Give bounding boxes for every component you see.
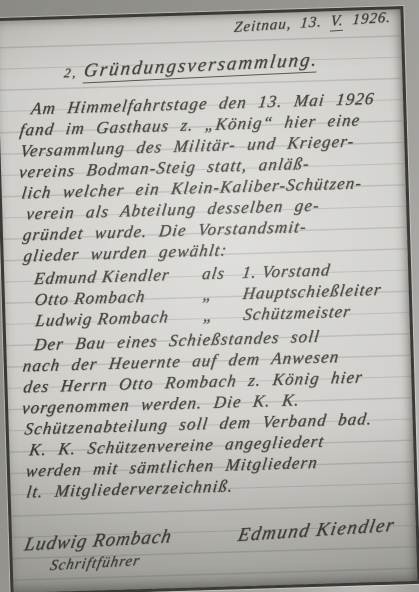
photo-frame: Zeitnau, 13. V. 1926. 2,Gründungsversamm… xyxy=(0,6,419,592)
officer-role: Schützmeister xyxy=(242,302,352,324)
officer-als: als xyxy=(201,262,244,284)
date-month: V. xyxy=(329,13,344,32)
photographed-manuscript-page: Zeitnau, 13. V. 1926. 2,Gründungsversamm… xyxy=(0,0,419,592)
paragraph-shooting-range: Der Bau eines Schießstandes soll nach de… xyxy=(22,323,409,502)
officer-role: 1. Vorstand xyxy=(241,260,332,282)
heading-item-number: 2, xyxy=(63,65,79,81)
signature-secretary: Ludwig Rombach Schriftführer xyxy=(18,526,173,577)
place-name: Zeitnau, xyxy=(233,16,292,36)
officers-list: Edmund Kiendlerals1. Vorstand Otto Romba… xyxy=(34,257,408,331)
date-year: 1926. xyxy=(351,10,391,29)
ditto-mark: „ xyxy=(202,304,245,326)
paragraph-founding: Am Himmelfahrtstage den 13. Mai 1926 fan… xyxy=(19,87,406,266)
ditto-mark: „ xyxy=(201,283,244,305)
date-day: 13. xyxy=(299,14,322,32)
